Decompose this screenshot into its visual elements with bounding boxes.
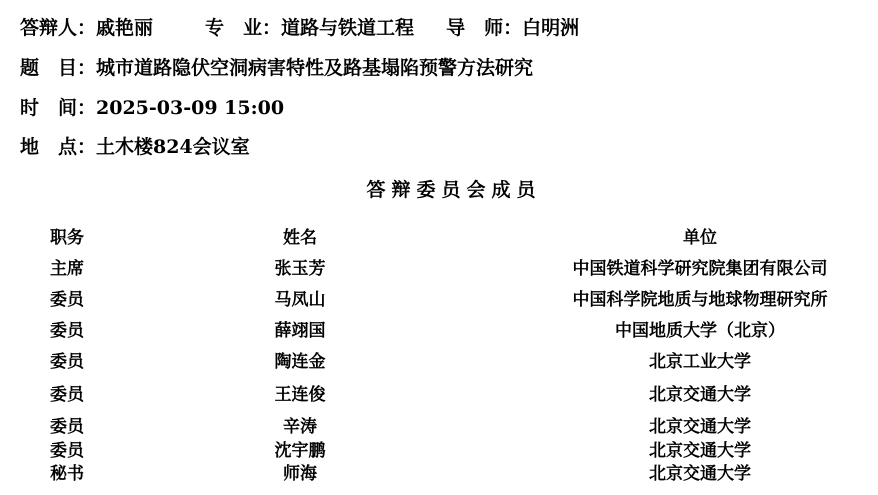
name-cell: 辛涛 [240, 416, 360, 438]
time-value: 2025-03-09 15:00 [96, 97, 284, 119]
role-cell: 委员 [40, 384, 110, 406]
topic-value: 城市道路隐伏空洞病害特性及路基塌陷预警方法研究 [96, 57, 533, 79]
unit-cell: 北京交通大学 [540, 463, 860, 485]
column-header-unit: 单位 [540, 227, 860, 249]
table-row: 委员 辛涛 北京交通大学 [0, 416, 878, 438]
info-line-place: 地 点：土木楼824会议室 [20, 135, 250, 159]
info-line-defender: 答辩人：戚艳丽专 业：道路与铁道工程导 师：白明洲 [20, 16, 579, 40]
name-cell: 沈宇鹏 [240, 440, 360, 462]
table-row: 委员 沈宇鹏 北京交通大学 [0, 440, 878, 462]
table-header-row: 职务 姓名 单位 [0, 227, 878, 249]
column-header-role: 职务 [40, 227, 110, 249]
defender-label: 答辩人： [20, 17, 96, 39]
role-cell: 主席 [40, 258, 110, 280]
place-value: 土木楼824会议室 [96, 136, 250, 158]
role-cell: 委员 [40, 440, 110, 462]
name-cell: 陶连金 [240, 351, 360, 373]
name-cell: 薛翊国 [240, 320, 360, 342]
table-row: 秘书 师海 北京交通大学 [0, 463, 878, 485]
unit-cell: 北京交通大学 [540, 416, 860, 438]
table-row: 委员 马凤山 中国科学院地质与地球物理研究所 [0, 289, 878, 311]
role-cell: 委员 [40, 320, 110, 342]
unit-cell: 北京交通大学 [540, 384, 860, 406]
major-value: 道路与铁道工程 [281, 17, 414, 39]
table-row: 主席 张玉芳 中国铁道科学研究院集团有限公司 [0, 258, 878, 280]
info-line-topic: 题 目：城市道路隐伏空洞病害特性及路基塌陷预警方法研究 [20, 56, 533, 80]
name-cell: 张玉芳 [240, 258, 360, 280]
role-cell: 委员 [40, 416, 110, 438]
table-row: 委员 王连俊 北京交通大学 [0, 384, 878, 406]
table-row: 委员 陶连金 北京工业大学 [0, 351, 878, 373]
role-cell: 秘书 [40, 463, 110, 485]
unit-cell: 中国铁道科学研究院集团有限公司 [540, 258, 860, 280]
column-header-name: 姓名 [240, 227, 360, 249]
role-cell: 委员 [40, 351, 110, 373]
role-cell: 委员 [40, 289, 110, 311]
advisor-label: 导 师： [446, 17, 522, 39]
table-row: 委员 薛翊国 中国地质大学（北京） [0, 320, 878, 342]
info-line-time: 时 间：2025-03-09 15:00 [20, 96, 284, 120]
time-label: 时 间： [20, 97, 96, 119]
name-cell: 师海 [240, 463, 360, 485]
advisor-name: 白明洲 [522, 17, 579, 39]
unit-cell: 北京交通大学 [540, 440, 860, 462]
unit-cell: 中国科学院地质与地球物理研究所 [540, 289, 860, 311]
major-label: 专 业： [205, 17, 281, 39]
name-cell: 马凤山 [240, 289, 360, 311]
defender-name: 戚艳丽 [96, 17, 153, 39]
committee-title: 答辩委员会成员 [0, 178, 878, 202]
topic-label: 题 目： [20, 57, 96, 79]
name-cell: 王连俊 [240, 384, 360, 406]
place-label: 地 点： [20, 136, 96, 158]
unit-cell: 中国地质大学（北京） [540, 320, 860, 342]
unit-cell: 北京工业大学 [540, 351, 860, 373]
